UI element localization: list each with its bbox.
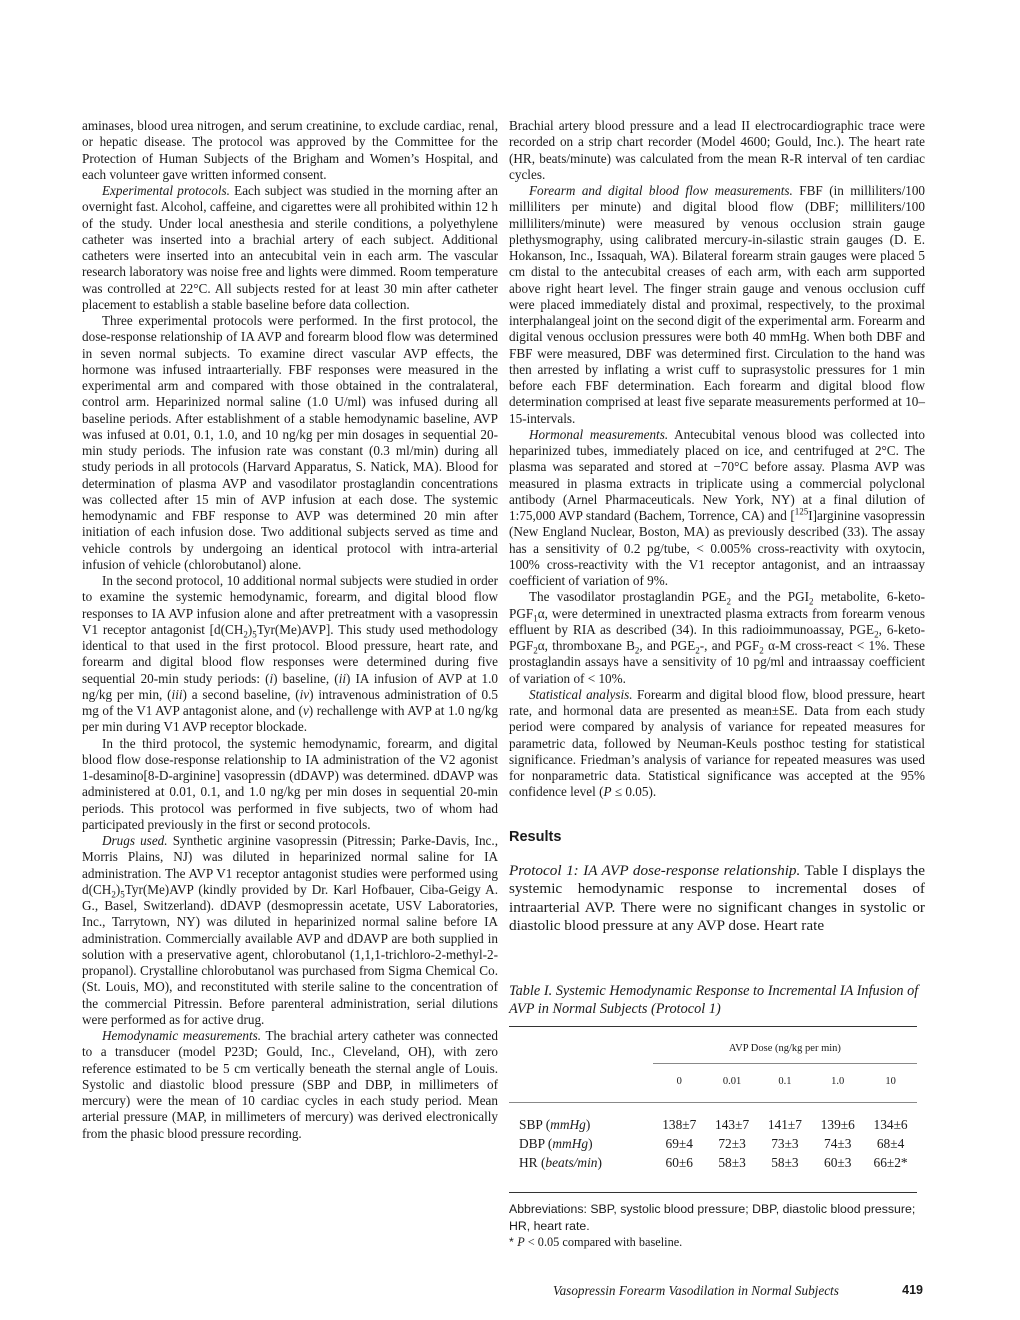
table-cell: 58±3 xyxy=(759,1153,812,1193)
table-caption: Table I. Systemic Hemodynamic Response t… xyxy=(509,982,925,1018)
table-cell: 60±6 xyxy=(653,1153,706,1193)
dose-header: 0 xyxy=(653,1064,706,1103)
left-column: aminases, blood urea nitrogen, and serum… xyxy=(82,118,498,1142)
paragraph: Brachial artery blood pressure and a lea… xyxy=(509,118,925,183)
table-1: AVP Dose (ng/kg per min) 0 0.01 0.1 1.0 … xyxy=(509,1026,917,1194)
page-number: 419 xyxy=(902,1283,923,1299)
dose-header: 1.0 xyxy=(811,1064,864,1103)
table-abbreviations: Abbreviations: SBP, systolic blood press… xyxy=(509,1201,925,1234)
paragraph-hemodynamic-measurements: Hemodynamic measurements. The brachial a… xyxy=(82,1028,498,1142)
section-run-in-heading: Forearm and digital blood flow measureme… xyxy=(529,183,793,198)
row-label: SBP (mmHg) xyxy=(509,1103,653,1135)
table-row: DBP (mmHg) 69±4 72±3 73±3 74±3 68±4 xyxy=(509,1134,917,1153)
section-run-in-heading: Hormonal measurements. xyxy=(529,427,668,442)
paragraph-drugs-used: Drugs used. Synthetic arginine vasopress… xyxy=(82,833,498,1028)
table-cell: 134±6 xyxy=(864,1103,917,1135)
paragraph: In the third protocol, the systemic hemo… xyxy=(82,736,498,834)
table-cell: 66±2* xyxy=(864,1153,917,1193)
table-cell: 74±3 xyxy=(811,1134,864,1153)
table-cell: 69±4 xyxy=(653,1134,706,1153)
table-row: SBP (mmHg) 138±7 143±7 141±7 139±6 134±6 xyxy=(509,1103,917,1135)
paragraph: aminases, blood urea nitrogen, and serum… xyxy=(82,118,498,183)
dose-header: 10 xyxy=(864,1064,917,1103)
results-paragraph: Protocol 1: IA AVP dose-response relatio… xyxy=(509,862,925,936)
table-span-header: AVP Dose (ng/kg per min) xyxy=(653,1026,917,1063)
paragraph-prostaglandins: The vasodilator prostaglandin PGE2 and t… xyxy=(509,589,925,687)
paragraph-experimental-protocols: Experimental protocols. Each subject was… xyxy=(82,183,498,313)
table-cell: 141±7 xyxy=(759,1103,812,1135)
table-footnote: * P < 0.05 compared with baseline. xyxy=(509,1234,925,1251)
table-cell: 139±6 xyxy=(811,1103,864,1135)
results-heading: Results xyxy=(509,829,925,845)
row-label: HR (beats/min) xyxy=(509,1153,653,1193)
paragraph-hormonal-measurements: Hormonal measurements. Antecubital venou… xyxy=(509,427,925,590)
table-cell: 73±3 xyxy=(759,1134,812,1153)
page-footer: Vasopressin Forearm Vasodilation in Norm… xyxy=(553,1283,923,1299)
paragraph-second-protocol: In the second protocol, 10 additional no… xyxy=(82,573,498,736)
section-run-in-heading: Protocol 1: IA AVP dose-response relatio… xyxy=(509,862,800,879)
paragraph-blood-flow-measurements: Forearm and digital blood flow measureme… xyxy=(509,183,925,427)
table-row: HR (beats/min) 60±6 58±3 58±3 60±3 66±2* xyxy=(509,1153,917,1193)
table-cell: 143±7 xyxy=(706,1103,759,1135)
section-run-in-heading: Hemodynamic measurements. xyxy=(102,1028,261,1043)
table-cell: 68±4 xyxy=(864,1134,917,1153)
dose-header: 0.1 xyxy=(759,1064,812,1103)
right-column: Brachial artery blood pressure and a lea… xyxy=(509,118,925,1251)
table-cell: 60±3 xyxy=(811,1153,864,1193)
table-cell: 138±7 xyxy=(653,1103,706,1135)
section-run-in-heading: Drugs used. xyxy=(102,833,168,848)
paragraph-statistical-analysis: Statistical analysis. Forearm and digita… xyxy=(509,687,925,801)
dose-header: 0.01 xyxy=(706,1064,759,1103)
running-title: Vasopressin Forearm Vasodilation in Norm… xyxy=(553,1283,839,1299)
row-label: DBP (mmHg) xyxy=(509,1134,653,1153)
table-cell: 72±3 xyxy=(706,1134,759,1153)
section-run-in-heading: Experimental protocols. xyxy=(102,183,230,198)
paragraph: Three experimental protocols were perfor… xyxy=(82,313,498,573)
section-run-in-heading: Statistical analysis. xyxy=(529,687,633,702)
table-cell: 58±3 xyxy=(706,1153,759,1193)
table-notes: Abbreviations: SBP, systolic blood press… xyxy=(509,1201,925,1251)
